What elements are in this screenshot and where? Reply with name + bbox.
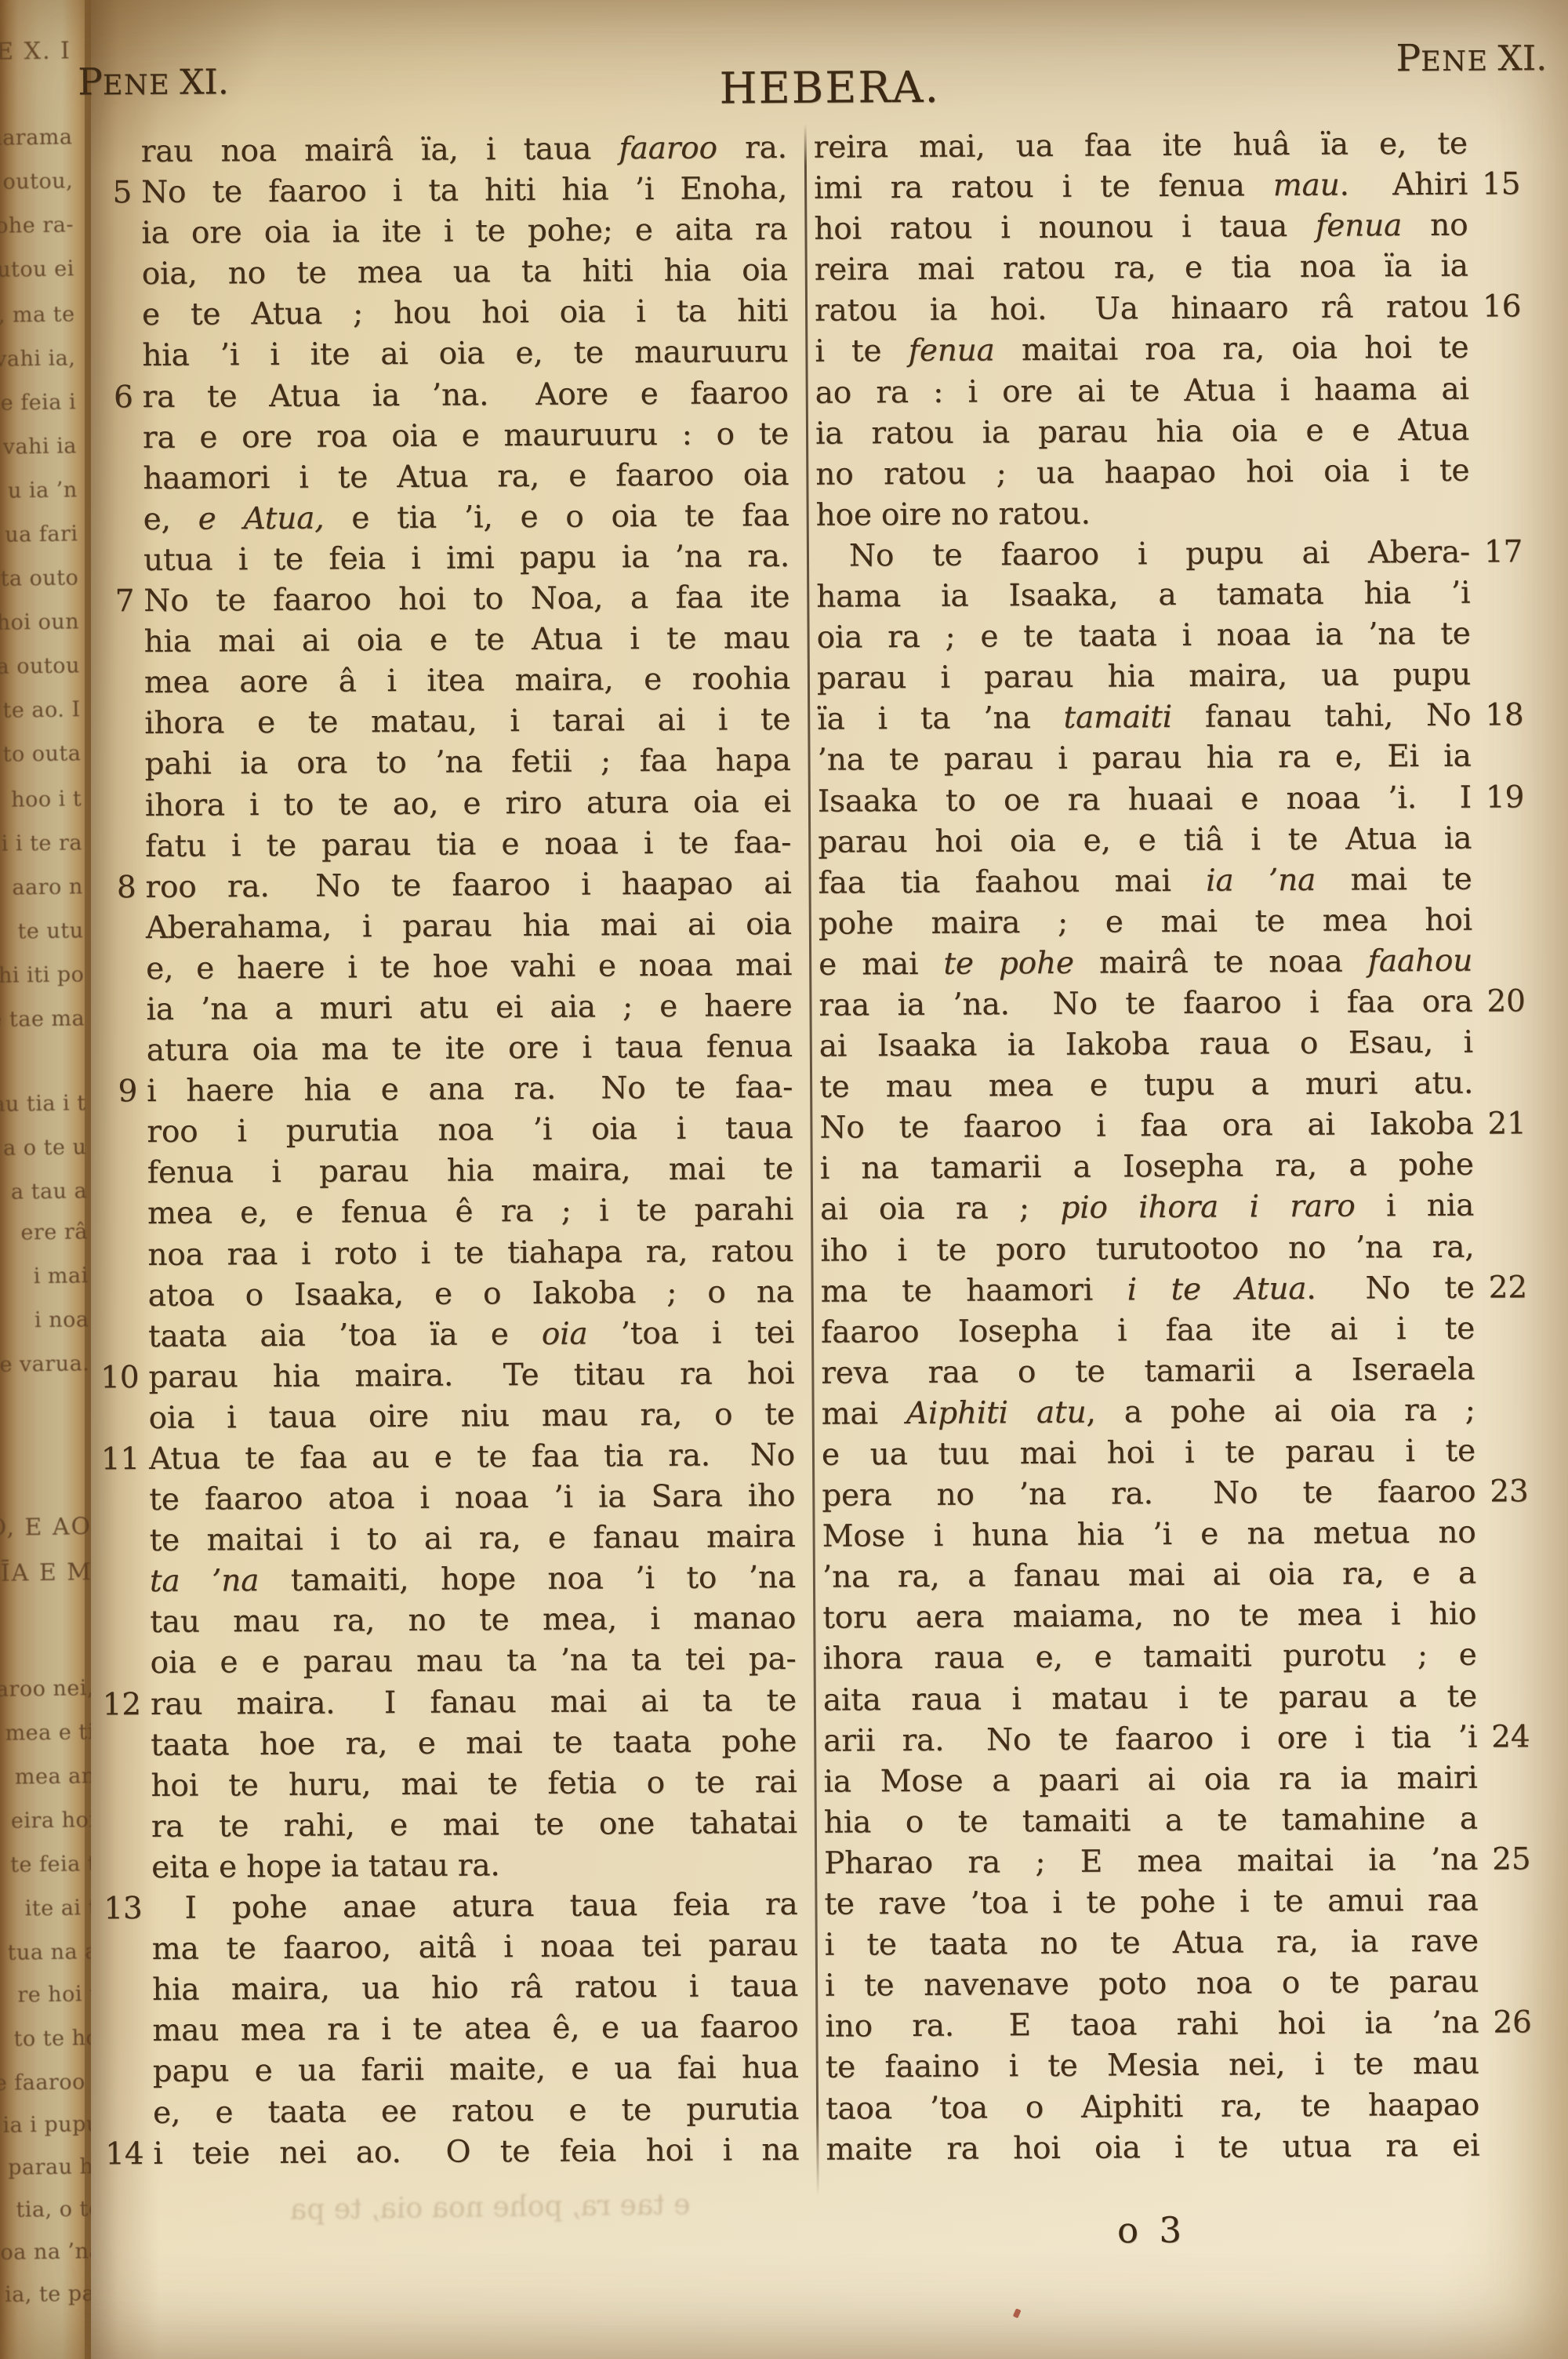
verse-text: ra te rahi, e mai te one tahatai: [151, 1803, 797, 1848]
verse-line: parau hoi oia e, e tiâ i te Atua ia: [818, 818, 1530, 863]
verse-text: hama ia Isaaka, a tamata hia ’i: [816, 573, 1470, 618]
verse-number: [1478, 1798, 1536, 1840]
verse-number: [1472, 818, 1530, 860]
verse-number: [82, 295, 142, 336]
verse-number: [89, 1521, 149, 1562]
verse-text: rau maira. I fanau mai ai ta te: [151, 1680, 797, 1725]
verse-number: [93, 1929, 152, 1971]
verse-number: [91, 1725, 151, 1767]
verse-line: ratou ia hoi. Ua hinaaro râ ratou16: [815, 287, 1526, 333]
verse-line: haamori i te Atua ra, e faaroo oia: [83, 455, 789, 500]
verse-number: 21: [1473, 1103, 1531, 1145]
verse-number: [86, 949, 146, 990]
verse-number: 5: [82, 173, 141, 214]
verse-number: [90, 1643, 150, 1685]
verse-text: parau hia maira. Te titau ra hoi: [148, 1354, 794, 1398]
verse-line: pohe maira ; e mai te mea hoi: [818, 900, 1530, 945]
verse-number: [91, 1766, 151, 1808]
verse-text: ihora e te matau, i tarai ai i te: [144, 700, 790, 744]
verse-number: 15: [1468, 164, 1526, 205]
verse-number: [85, 827, 145, 868]
verse-number: [1479, 1921, 1537, 1962]
verse-line: papu e ua farii maite, e ua fai hua: [93, 2048, 799, 2093]
verse-line: rau noa mairâ ïa, i taua faaroo ra.: [82, 128, 787, 173]
verse-line: ia ore oia ia ite i te pohe; e aita ra: [82, 209, 787, 255]
verse-line: mea aore â i itea maira, e roohia: [85, 659, 790, 704]
verse-text: reira mai ratou ra, e tia noa ïa ia: [815, 246, 1468, 291]
verse-number: [86, 990, 146, 1031]
verse-text: arii ra. No te faaroo i ore i tia ’i: [823, 1717, 1477, 1761]
verse-number: 18: [1471, 696, 1529, 737]
running-head-right-cap: P: [1396, 37, 1421, 80]
text-column-right: reira mai, ua faa ite huâ ïa e, teimi ra…: [814, 123, 1538, 2170]
verse-line: oia i taua oire niu mau ra, o te: [89, 1394, 795, 1440]
verse-line: e, e haere i te hoe vahi e noaa mai: [86, 945, 792, 990]
verse-line: ia ’na a muri atu ei aia ; e haere: [86, 986, 792, 1031]
verse-line: hama ia Isaaka, a tamata hia ’i: [816, 572, 1528, 618]
verse-line: oia, no te mea ua ta hiti hia oia: [82, 250, 788, 296]
verse-line: e ua tuu mai hoi i te parau i te: [822, 1430, 1534, 1476]
verse-line: No te faaroo i pupu ai Abera-17: [816, 532, 1528, 577]
verse-number: 6: [83, 377, 143, 419]
verse-line: utua i te feia i imi papu ia ’na ra.: [84, 536, 789, 582]
verse-line: ’na te parau i parau hia ra e, Ei ia: [817, 736, 1529, 782]
verse-text: ino ra. E taoa rahi hoi ia ’na: [825, 2003, 1479, 2048]
verse-text: ia ratou ia parau hia oia e e Atua: [815, 409, 1469, 454]
verse-text: taata hoe ra, e mai te taata pohe: [151, 1721, 797, 1766]
verse-number: [93, 2052, 153, 2093]
verse-line: ra te rahi, e mai te one tahatai: [92, 1803, 797, 1848]
verse-line: Isaaka to oe ra huaai e noaa ’i. I19: [818, 777, 1530, 823]
verse-text: ai oia ra ; pio ihora i raro i nia: [820, 1186, 1474, 1230]
verse-text: mea aore â i itea maira, e roohia: [144, 659, 790, 703]
verse-line: i te fenua maitai roa ra, oia hoi te: [815, 328, 1526, 373]
verse-text: maite ra hoi oia i te utua ra ei: [826, 2125, 1479, 2170]
verse-number: [85, 703, 144, 745]
verse-number: [85, 744, 144, 786]
verse-text: ai Isaaka ia Iakoba raua o Esau, i: [819, 1023, 1473, 1067]
verse-text: hia mai ai oia e te Atua i te mau: [143, 618, 789, 663]
verse-text: i te navenave poto noa o te parau: [825, 1962, 1479, 2007]
verse-number: [84, 622, 143, 663]
verse-number: 23: [1475, 1471, 1534, 1513]
verse-line: ta ’na tamaiti, hope noa ’i to ’na: [90, 1558, 796, 1603]
running-head-right-smallcaps: ENE: [1421, 45, 1488, 78]
verse-number: 11: [89, 1439, 149, 1481]
verse-text: iho i te poro turutootoo no ’na ra,: [820, 1227, 1474, 1271]
verse-text: i te taata no te Atua ra, ia rave: [825, 1921, 1479, 1966]
verse-text: e mai te pohe mairâ te noaa faahou: [818, 941, 1472, 986]
verse-number: [1475, 1430, 1534, 1472]
verse-line: 9i haere hia e ana ra. No te faa-: [87, 1067, 793, 1113]
verse-line: e mai te pohe mairâ te noaa faahou: [818, 940, 1530, 986]
verse-number: [1475, 1308, 1533, 1350]
verse-number: [89, 1276, 148, 1318]
verse-number: [1468, 328, 1526, 369]
verse-line: i na tamarii a Iosepha ra, a pohe: [820, 1145, 1532, 1190]
verse-line: faaroo Iosepha i faa ite ai i te: [821, 1308, 1533, 1354]
verse-number: 8: [85, 867, 145, 909]
running-head-right: PENEXI.: [1396, 36, 1547, 80]
verse-line: Aberahama, i parau hia mai ai oia: [86, 904, 792, 950]
verse-number: 16: [1468, 287, 1526, 329]
verse-text: hoi ratou i nounou i taua fenua no: [814, 205, 1468, 250]
verse-line: ihora raua e, e tamaiti purotu ; e: [822, 1635, 1534, 1681]
verse-text: pera no ’na ra. No te faaroo: [822, 1472, 1475, 1517]
verse-text: fenua i parau hia maira, mai te: [147, 1149, 793, 1194]
verse-text: roo i purutia noa ’i oia i taua: [147, 1108, 793, 1153]
verse-text: reva raa o te tamarii a Iseraela: [821, 1349, 1475, 1394]
verse-text: toru aera maiama, no te mea i hio: [822, 1594, 1476, 1639]
verse-number: [82, 336, 142, 377]
verse-line: hoe oire no ratou.: [816, 491, 1528, 536]
verse-text: te rave ’toa i te pohe i te amui raa: [824, 1881, 1478, 1925]
verse-line: taata aia ’toa ïa e oia ’toa i tei: [89, 1313, 794, 1358]
verse-text: Aberahama, i parau hia mai ai oia: [146, 904, 792, 949]
verse-number: 10: [89, 1358, 148, 1399]
verse-text: imi ra ratou i te fenua mau. Ahiri: [814, 165, 1468, 209]
verse-number: [89, 1480, 149, 1521]
verse-line: Pharao ra ; E mea maitai ia ’na25: [824, 1839, 1536, 1885]
verse-line: 12rau maira. I fanau mai ai ta te: [91, 1680, 797, 1725]
verse-text: e, e taata ee ratou e te purutia: [153, 2088, 799, 2133]
verse-text: i na tamarii a Iosepha ra, a pohe: [820, 1145, 1474, 1190]
verse-number: [1469, 450, 1527, 492]
verse-text: oia i taua oire niu mau ra, o te: [149, 1394, 795, 1439]
verse-text: hoi te huru, mai te fetia o te rai: [151, 1762, 797, 1807]
verse-text: ratou ia hoi. Ua hinaaro râ ratou: [815, 287, 1468, 332]
verse-line: mau mea ra i te atea ê, e ua faaroo: [93, 2007, 798, 2052]
verse-number: [83, 418, 143, 460]
verse-text: ma te faaroo, aitâ i noaa tei parau: [152, 1925, 798, 1970]
verse-number: [1478, 1880, 1536, 1921]
verse-number: [1479, 2044, 1537, 2085]
verse-number: [83, 459, 143, 500]
verse-number: [1472, 859, 1530, 900]
verse-line: hia o te tamaiti a te tamahine a: [824, 1798, 1536, 1844]
verse-line: ra e ore roa oia e mauruuru : o te: [83, 414, 789, 460]
verse-text: raa ia ’na. No te faaroo i faa ora: [818, 982, 1472, 1027]
verse-line: ihora i to te ao, e riro atura oia ei: [85, 781, 791, 827]
verse-number: [1476, 1635, 1534, 1677]
verse-text: taoa ’toa o Aiphiti ra, te haapao: [826, 2085, 1479, 2129]
verse-number: [1476, 1594, 1534, 1636]
verse-text: e ua tuu mai hoi i te parau i te: [822, 1431, 1475, 1476]
verse-text: hia ’i i ite ai oia e, te mauruuru: [142, 332, 788, 376]
verse-text: I pohe anae atura taua feia ra: [151, 1885, 797, 1929]
show-through-text: e tae ra, pohe noa oia, te pa: [290, 2189, 691, 2226]
verse-text: faaroo Iosepha i faa ite ai i te: [821, 1308, 1475, 1353]
verse-line: taoa ’toa o Aiphiti ra, te haapao: [826, 2085, 1537, 2130]
verse-text: e te Atua ; hou hoi oia i ta hiti: [142, 291, 788, 336]
verse-line: ai Isaaka ia Iakoba raua o Esau, i: [819, 1022, 1531, 1067]
verse-text: No te faaroo hoi to Noa, a faa ite: [143, 577, 789, 622]
verse-text: te mau mea e tupu a muri atu.: [819, 1063, 1473, 1108]
verse-text: No te faaroo i ta hiti hia ’i Enoha,: [141, 169, 787, 213]
verse-line: e te Atua ; hou hoi oia i ta hiti: [82, 291, 788, 336]
verse-line: ai oia ra ; pio ihora i raro i nia: [820, 1186, 1532, 1231]
verse-line: 13I pohe anae atura taua feia ra: [92, 1885, 797, 1930]
verse-number: [1472, 940, 1530, 982]
book-page-photo: NE X. Imaramaoutou,pohe ra-outou ei, ma …: [0, 0, 1568, 2359]
verse-number: 19: [1472, 777, 1530, 819]
ink-speck: [1013, 2308, 1022, 2318]
verse-number: [1469, 369, 1527, 410]
verse-text: utua i te feia i imi papu ia ’na ra.: [143, 536, 789, 581]
verse-line: e, e Atua, e tia ’i, e o oia te faa: [84, 496, 789, 541]
verse-text: e, e Atua, e tia ’i, e o oia te faa: [143, 496, 789, 540]
verse-line: mea e, e fenua ê ra ; i te parahi: [88, 1190, 793, 1235]
verse-number: 9: [87, 1071, 147, 1113]
verse-line: 5No te faaroo i ta hiti hia ’i Enoha,: [82, 169, 787, 214]
verse-line: maite ra hoi oia i te utua ra ei: [826, 2125, 1537, 2171]
verse-line: i te taata no te Atua ra, ia rave: [825, 1921, 1537, 1966]
verse-text: te faaino i te Mesia nei, i te mau: [826, 2044, 1479, 2088]
verse-number: [1479, 2085, 1537, 2126]
verse-text: mau mea ra i te atea ê, e ua faaroo: [152, 2007, 798, 2052]
verse-line: hia ’i i ite ai oia e, te mauruuru: [82, 332, 788, 377]
verse-text: papu e ua farii maite, e ua fai hua: [153, 2048, 799, 2092]
verse-number: 14: [93, 2134, 153, 2175]
verse-line: reva raa o te tamarii a Iseraela: [821, 1349, 1533, 1394]
verse-text: no ratou ; ua haapao hoi oia i te: [815, 450, 1469, 495]
verse-line: raa ia ’na. No te faaroo i faa ora20: [818, 981, 1530, 1027]
verse-line: aita raua i matau i te parau a te: [823, 1676, 1535, 1721]
verse-text: ia Mose a paari ai oia ra ia mairi: [823, 1757, 1477, 1802]
verse-text: ia ore oia ia ite i te pohe; e aita ra: [141, 209, 787, 254]
verse-line: ao ra : i ore ai te Atua i haama ai: [815, 369, 1527, 414]
verse-number: [93, 2092, 153, 2134]
verse-line: ihora e te matau, i tarai ai i te: [85, 700, 790, 745]
verse-number: [1469, 491, 1527, 533]
verse-number: [87, 1112, 147, 1154]
verse-line: hoi te huru, mai te fetia o te rai: [91, 1762, 797, 1808]
verse-text: oia, no te mea ua ta hiti hia oia: [142, 250, 788, 295]
running-head-title: HEBERA.: [96, 58, 1563, 117]
verse-line: faa tia faahou mai ia ’na mai te: [818, 859, 1530, 904]
verse-number: [86, 908, 146, 950]
verse-text: eita e hope ia tatau ra.: [151, 1844, 797, 1888]
verse-number: [1474, 1227, 1532, 1268]
verse-number: [1468, 205, 1526, 246]
verse-number: 24: [1477, 1717, 1535, 1758]
verse-line: 11Atua te faa au e te faa tia ra. No: [89, 1435, 795, 1481]
verse-text: hia o te tamaiti a te tamahine a: [824, 1798, 1478, 1843]
verse-line: 8roo ra. No te faaroo i haapao ai: [85, 863, 791, 909]
verse-number: 17: [1470, 532, 1528, 573]
verse-number: [1471, 736, 1529, 778]
verse-line: Mose i huna hia ’i e na metua no: [822, 1512, 1534, 1558]
verse-text: mea e, e fenua ê ra ; i te parahi: [147, 1190, 793, 1234]
verse-text: roo ra. No te faaroo i haapao ai: [145, 863, 791, 908]
verse-number: [1473, 1022, 1531, 1063]
verse-text: Isaaka to oe ra huaai e noaa ’i. I: [818, 777, 1472, 822]
verse-number: 26: [1479, 2002, 1537, 2044]
verse-text: ihora i to te ao, e riro atura oia ei: [145, 781, 791, 826]
verse-text: tau mau ra, no te mea, i manao: [150, 1598, 796, 1643]
verse-line: ia ratou ia parau hia oia e e Atua: [815, 409, 1527, 455]
verse-text: ma te haamori i te Atua. No te: [821, 1267, 1475, 1312]
verse-text: No te faaroo i faa ora ai Iakoba: [819, 1104, 1473, 1149]
verse-number: [1475, 1390, 1533, 1431]
verse-line: oia ra ; e te taata i noaa ia ’na te: [816, 613, 1528, 659]
verse-number: [88, 1153, 147, 1194]
verse-line: noa raa i roto i te tiahapa ra, ratou: [88, 1230, 793, 1276]
verse-number: [1470, 572, 1528, 614]
verse-line: hoi ratou i nounou i taua fenua no: [814, 205, 1526, 250]
verse-line: i te navenave poto noa o te parau: [825, 1961, 1537, 2007]
verse-number: [92, 1848, 151, 1889]
verse-line: ma te faaroo, aitâ i noaa tei parau: [93, 1925, 798, 1971]
verse-text: ra e ore roa oia e mauruuru : o te: [143, 414, 789, 459]
verse-text: ta ’na tamaiti, hope noa ’i to ’na: [150, 1558, 796, 1602]
verse-number: 25: [1478, 1839, 1536, 1881]
verse-text: oia ra ; e te taata i noaa ia ’na te: [816, 614, 1470, 659]
verse-number: [1469, 409, 1527, 451]
verse-text: haamori i te Atua ra, e faaroo oia: [143, 455, 789, 500]
verse-number: [90, 1561, 150, 1603]
verse-line: atoa o Isaaka, e o Iakoba ; o na: [89, 1272, 794, 1318]
verse-text: hoe oire no ratou.: [816, 491, 1470, 536]
verse-line: fenua i parau hia maira, mai te: [88, 1149, 793, 1194]
text-column-left: rau noa mairâ ïa, i taua faaroo ra.5No t…: [82, 128, 800, 2175]
verse-line: te maitai i to ai ra, e fanau maira: [89, 1517, 795, 1562]
verse-line: te mau mea e tupu a muri atu.: [819, 1063, 1531, 1108]
verse-text: atoa o Isaaka, e o Iakoba ; o na: [148, 1272, 794, 1317]
verse-number: [89, 1398, 149, 1440]
verse-line: reira mai ratou ra, e tia noa ïa ia: [815, 245, 1526, 291]
verse-line: no ratou ; ua haapao hoi oia i te: [815, 450, 1527, 496]
verse-text: ’na ra, a fanau mai ai oia ra, e a: [822, 1554, 1476, 1598]
verse-number: [1477, 1757, 1535, 1799]
verse-line: atura oia ma te ite ore i taua fenua: [87, 1027, 793, 1072]
verse-line: mai Aiphiti atu, a pohe ai oia ra ;: [822, 1390, 1534, 1435]
verse-line: arii ra. No te faaroo i ore i tia ’i24: [823, 1717, 1535, 1762]
verse-text: Pharao ra ; E mea maitai ia ’na: [824, 1840, 1478, 1885]
verse-text: taata aia ’toa ïa e oia ’toa i tei: [148, 1313, 794, 1358]
verse-text: ihora raua e, e tamaiti purotu ; e: [822, 1635, 1476, 1680]
verse-number: [1477, 1676, 1535, 1717]
signature-mark: o 3: [826, 2208, 1477, 2253]
verse-line: fatu i te parau tia e noaa i te faa-: [85, 823, 791, 868]
verse-number: [1475, 1349, 1533, 1390]
verse-number: [1474, 1186, 1532, 1227]
verse-number: [1468, 245, 1526, 287]
verse-line: 10parau hia maira. Te titau ra hoi: [89, 1354, 794, 1399]
verse-line: parau i parau hia maira, ua pupu: [817, 654, 1529, 700]
verse-line: ïa i ta ’na tamaiti fanau tahi, No18: [817, 696, 1529, 741]
verse-line: No te faaroo i faa ora ai Iakoba21: [819, 1103, 1531, 1149]
verse-text: Mose i huna hia ’i e na metua no: [822, 1513, 1475, 1558]
verse-text: pahi ia ora to ’na fetii ; faa hapa: [144, 740, 790, 785]
verse-line: reira mai, ua faa ite huâ ïa e, te: [814, 123, 1526, 169]
verse-number: 12: [91, 1685, 151, 1726]
verse-number: [84, 540, 143, 582]
verse-number: [88, 1234, 147, 1276]
verse-text: pohe maira ; e mai te mea hoi: [818, 900, 1472, 944]
verse-number: [82, 213, 141, 255]
verse-number: [93, 1970, 152, 2012]
verse-text: i haere hia e ana ra. No te faa-: [147, 1067, 793, 1112]
verse-line: 14i teie nei ao. O te feia hoi i na: [93, 2130, 799, 2175]
verse-line: tau mau ra, no te mea, i manao: [90, 1598, 796, 1644]
verse-number: [1473, 1063, 1531, 1104]
verse-number: [1472, 900, 1530, 941]
verse-text: te faaroo atoa i noaa ’i ia Sara iho: [149, 1476, 795, 1521]
verse-text: mai Aiphiti atu, a pohe ai oia ra ;: [822, 1390, 1475, 1435]
verse-number: [1479, 1961, 1537, 2003]
verse-text: oia e e parau mau ta ’na ta tei pa-: [150, 1639, 796, 1684]
verse-number: [1470, 613, 1528, 655]
verse-text: ra te Atua ia ’na. Aore e faaroo: [143, 373, 789, 418]
running-head-right-chapter: XI.: [1497, 38, 1547, 78]
verse-line: eita e hope ia tatau ra.: [92, 1844, 797, 1889]
verse-number: [82, 254, 142, 296]
verse-text: reira mai, ua faa ite huâ ïa e, te: [814, 124, 1468, 169]
verse-number: 20: [1472, 981, 1530, 1023]
verse-line: taata hoe ra, e mai te taata pohe: [91, 1721, 797, 1767]
verse-line: te faaino i te Mesia nei, i te mau: [826, 2044, 1537, 2089]
verse-line: te faaroo atoa i noaa ’i ia Sara iho: [89, 1476, 795, 1521]
verse-number: [1474, 1145, 1532, 1187]
verse-text: ia ’na a muri atu ei aia ; e haere: [146, 986, 792, 1030]
verse-number: [85, 785, 145, 827]
verse-text: i te fenua maitai roa ra, oia hoi te: [815, 328, 1468, 373]
verse-text: i teie nei ao. O te feia hoi i na: [153, 2130, 799, 2175]
verse-number: [1468, 123, 1526, 165]
verse-line: roo i purutia noa ’i oia i taua: [87, 1108, 793, 1154]
verse-line: 6ra te Atua ia ’na. Aore e faaroo: [83, 373, 789, 419]
verse-line: te rave ’toa i te pohe i te amui raa: [824, 1880, 1536, 1925]
verse-number: [1479, 2125, 1537, 2167]
verse-number: [92, 1807, 151, 1848]
verse-text: aita raua i matau i te parau a te: [823, 1676, 1477, 1721]
verse-line: e, e taata ee ratou e te purutia: [93, 2088, 799, 2134]
verse-text: noa raa i roto i te tiahapa ra, ratou: [147, 1230, 793, 1275]
verse-text: parau i parau hia maira, ua pupu: [817, 655, 1471, 700]
verse-text: hia maira, ua hio râ ratou i taua: [152, 1966, 798, 2011]
verse-number: 13: [92, 1888, 151, 1930]
verse-text: ao ra : i ore ai te Atua i haama ai: [815, 369, 1469, 413]
verse-text: e, e haere i te hoe vahi e noaa mai: [146, 945, 792, 990]
verse-number: [89, 1317, 148, 1358]
verse-line: ma te haamori i te Atua. No te22: [821, 1267, 1533, 1313]
verse-text: fatu i te parau tia e noaa i te faa-: [145, 823, 791, 867]
verse-number: [1471, 654, 1529, 696]
verse-number: [93, 2011, 152, 2052]
verse-line: ino ra. E taoa rahi hoi ia ’na26: [825, 2002, 1537, 2048]
verse-number: [85, 663, 144, 704]
verse-line: pera no ’na ra. No te faaroo23: [822, 1471, 1534, 1517]
verse-line: ia Mose a paari ai oia ra ia mairi: [823, 1757, 1535, 1803]
verse-line: toru aera maiama, no te mea i hio: [822, 1594, 1534, 1640]
verse-number: [84, 500, 143, 541]
verse-text: te maitai i to ai ra, e fanau maira: [149, 1517, 795, 1561]
page-sheet: PENEXI. HEBERA. PENEXI. rau noa mairâ ïa…: [0, 0, 1568, 2359]
verse-line: oia e e parau mau ta ’na ta tei pa-: [90, 1639, 796, 1685]
verse-text: ’na te parau i parau hia ra e, Ei ia: [817, 736, 1471, 781]
verse-number: 22: [1475, 1267, 1533, 1309]
verse-text: atura oia ma te ite ore i taua fenua: [147, 1027, 793, 1071]
verse-number: [90, 1602, 150, 1644]
verse-line: 7No te faaroo hoi to Noa, a faa ite: [84, 577, 789, 623]
verse-number: [1475, 1512, 1534, 1554]
verse-line: hia maira, ua hio râ ratou i taua: [93, 1966, 798, 2012]
verse-number: [82, 132, 141, 173]
verse-line: imi ra ratou i te fenua mau. Ahiri15: [814, 164, 1526, 209]
verse-text: rau noa mairâ ïa, i taua faaroo ra.: [141, 128, 787, 173]
verse-number: [1476, 1553, 1534, 1594]
